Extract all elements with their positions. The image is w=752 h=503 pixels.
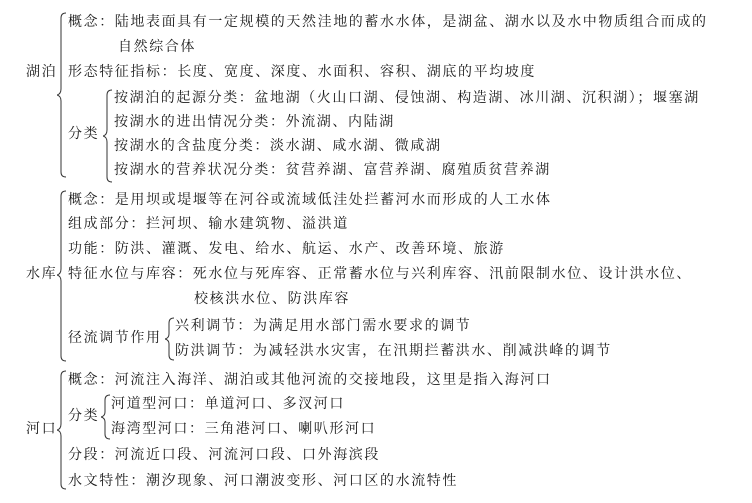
estuary-concept: 概念：河流注入海洋、湖泊或其他河流的交接地段，这里是指入海河口: [68, 372, 552, 388]
estuary-classification-brace-icon: [101, 394, 111, 440]
lake-classification-brace-icon: [103, 89, 113, 183]
lake-class-origin: 按湖泊的起源分类：盆地湖（火山口湖、侵蚀湖、构造湖、冰川湖、沉积湖）；堰塞湖: [114, 90, 700, 106]
estuary-label: 河口: [26, 421, 57, 437]
reservoir-regulation-brace-icon: [165, 317, 175, 361]
lake-classification-label: 分类: [68, 126, 99, 142]
estuary-class-bay: 海湾型河口：三角港河口、喇叭形河口: [111, 421, 376, 437]
reservoir-label: 水库: [26, 266, 57, 282]
lake-class-nutrient: 按湖水的营养状况分类：贫营养湖、富营养湖、腐殖质贫营养湖: [114, 162, 551, 178]
reservoir-regulation-label: 径流调节作用: [68, 330, 162, 346]
estuary-brace-icon: [57, 370, 67, 490]
reservoir-concept: 概念：是用坝或堤堰等在河谷或流域低洼处拦蓄河水而形成的人工水体: [68, 192, 552, 208]
estuary-classification-label: 分类: [68, 408, 99, 424]
reservoir-levels-cont: 校核洪水位、防洪库容: [194, 291, 350, 307]
reservoir-levels: 特征水位与库容：死水位与死库容、正常蓄水位与兴利库容、汛前限制水位、设计洪水位、: [68, 266, 692, 282]
lake-concept: 概念：陆地表面具有一定规模的天然洼地的蓄水水体，是湖盆、湖水以及水中物质组合而成…: [68, 14, 708, 30]
reservoir-components: 组成部分：拦河坝、输水建筑物、溢洪道: [68, 216, 349, 232]
reservoir-regulation-flood: 防洪调节：为减轻洪水灾害，在汛期拦蓄洪水、削减洪峰的调节: [175, 343, 612, 359]
reservoir-regulation-beneficial: 兴利调节：为满足用水部门需水要求的调节: [175, 318, 471, 334]
reservoir-brace-icon: [57, 190, 67, 362]
lake-class-flow: 按湖水的进出情况分类：外流湖、内陆湖: [114, 114, 395, 130]
lake-label: 湖泊: [26, 64, 57, 80]
estuary-segments: 分段：河流近口段、河流河口段、口外海滨段: [68, 447, 380, 463]
lake-brace-icon: [57, 12, 67, 178]
lake-morphology: 形态特征指标：长度、宽度、深度、水面积、容积、湖底的平均坡度: [68, 64, 536, 80]
estuary-hydrology: 水文特性：潮汐现象、河口潮波变形、河口区的水流特性: [68, 473, 458, 489]
lake-class-salinity: 按湖水的含盐度分类：淡水湖、咸水湖、微咸湖: [114, 138, 442, 154]
estuary-class-channel: 河道型河口：单道河口、多汊河口: [111, 396, 345, 412]
lake-concept-cont: 自然综合体: [118, 39, 196, 55]
reservoir-functions: 功能：防洪、灌溉、发电、给水、航运、水产、改善环境、旅游: [68, 241, 505, 257]
